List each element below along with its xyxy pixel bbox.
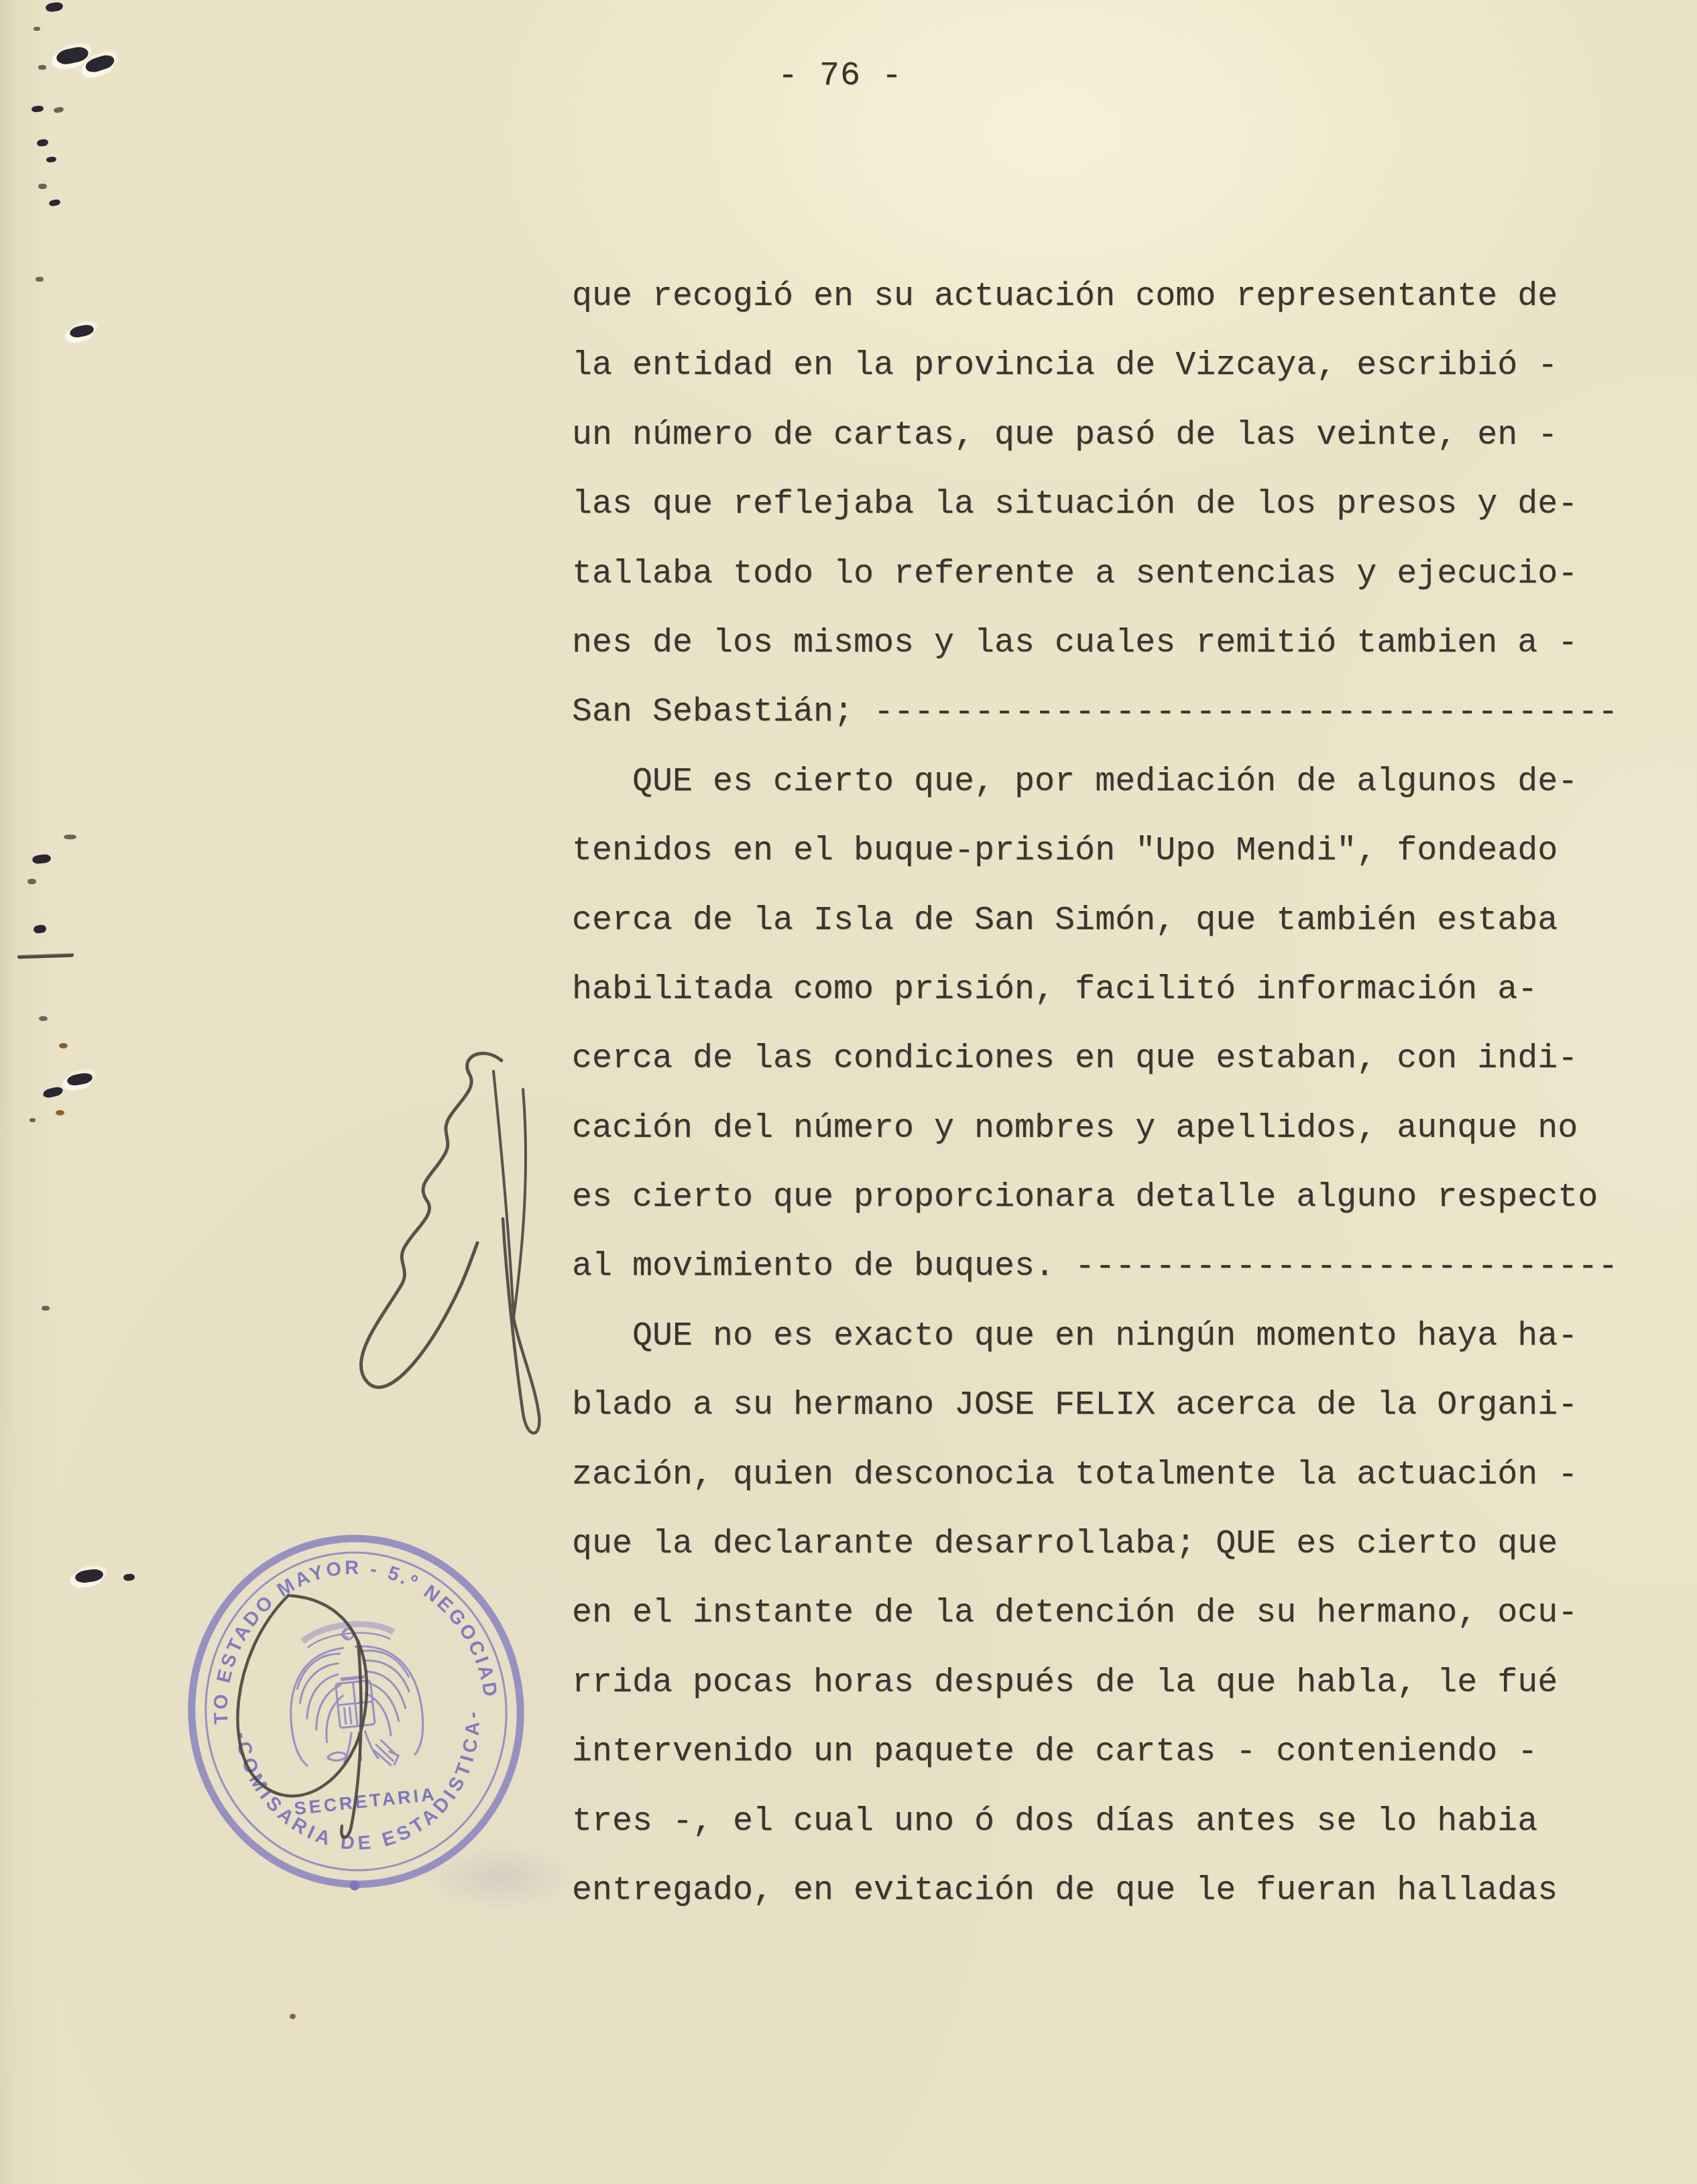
text-line: cación del número y nombres y apellidos,… xyxy=(572,1094,1645,1163)
stamp-secretaria-label: SECRETARIA xyxy=(293,1784,437,1819)
text-line: cerca de la Isla de San Simón, que tambi… xyxy=(572,886,1645,955)
text-line: intervenido un paquete de cartas - conte… xyxy=(572,1717,1645,1786)
text-line: al movimiento de buques. ---------------… xyxy=(572,1232,1645,1301)
paper-hole xyxy=(64,835,76,839)
text-line: es cierto que proporcionara detalle algu… xyxy=(572,1163,1645,1232)
paper-hole xyxy=(38,184,47,189)
paper-hole xyxy=(69,323,95,339)
text-line: la entidad en la provincia de Vizcaya, e… xyxy=(572,331,1645,400)
text-line: QUE no es exacto que en ningún momento h… xyxy=(572,1302,1645,1371)
paper-hole xyxy=(123,1573,135,1581)
paper-hole xyxy=(33,924,46,934)
text-line: cerca de las condiciones en que estaban,… xyxy=(572,1024,1645,1093)
text-line: habilitada como prisión, facilitó inform… xyxy=(572,955,1645,1024)
text-line: un número de cartas, que pasó de las vei… xyxy=(572,401,1645,470)
paper-hole xyxy=(32,854,51,865)
foxing-speck xyxy=(290,2014,296,2019)
paper-hole xyxy=(84,53,116,75)
paper-hole xyxy=(42,1306,50,1311)
stamp-outer-ring xyxy=(174,1522,537,1900)
text-line: que recogió en su actuación como represe… xyxy=(572,262,1645,331)
paper-hole xyxy=(55,45,90,66)
text-line: tenidos en el buque-prisión "Upo Mendi",… xyxy=(572,816,1645,886)
paper-hole xyxy=(48,199,60,207)
foxing-speck xyxy=(59,1043,68,1048)
text-line: en el instante de la detención de su her… xyxy=(572,1579,1645,1648)
paper-hole xyxy=(46,156,57,163)
text-line: tres -, el cual uno ó dos días antes se … xyxy=(572,1787,1645,1856)
stamp-ink-dot xyxy=(349,1880,360,1890)
text-line: entregado, en evitación de que le fueran… xyxy=(572,1856,1645,1925)
paper-hole xyxy=(42,1086,64,1099)
text-line: zación, quien desconocia totalmente la a… xyxy=(572,1441,1645,1510)
text-line: QUE es cierto que, por mediación de algu… xyxy=(572,747,1645,816)
eagle-emblem-icon xyxy=(282,1618,428,1775)
paper-hole xyxy=(32,105,44,113)
text-line: San Sebastián; -------------------------… xyxy=(572,678,1645,747)
text-line: tallaba todo lo referente a sentencias y… xyxy=(572,540,1645,609)
paper-hole xyxy=(45,1,64,12)
paper-hole xyxy=(27,879,36,884)
paper-hole xyxy=(36,277,44,282)
paper-hole xyxy=(39,1016,48,1021)
text-line: rrida pocas horas después de la que habl… xyxy=(572,1648,1645,1717)
paper-hole xyxy=(36,139,48,147)
foxing-speck xyxy=(56,1110,64,1115)
stamp-arc-top-text: ALTO ESTADO MAYOR - 5.º NEGOCIADO- xyxy=(171,1518,501,1734)
text-line: blado a su hermano JOSE FELIX acerca de … xyxy=(572,1371,1645,1440)
page-number: - 76 - xyxy=(778,56,902,97)
paper-hole xyxy=(66,1072,93,1087)
text-line: las que reflejaba la situación de los pr… xyxy=(572,470,1645,539)
paper-hole xyxy=(30,1118,36,1122)
stamp-inner-ring xyxy=(190,1538,522,1885)
typewritten-text-block: que recogió en su actuación como represe… xyxy=(572,262,1645,1925)
text-line: que la declarante desarrollaba; QUE es c… xyxy=(572,1510,1645,1579)
paper-tear xyxy=(17,953,74,959)
scanned-document-page: - 76 - que recogió en su actuación como … xyxy=(0,0,1697,2184)
rubber-stamp: ALTO ESTADO MAYOR - 5.º NEGOCIADO- -COMI… xyxy=(171,1518,546,1907)
paper-hole xyxy=(53,107,64,113)
paper-hole xyxy=(34,27,40,31)
paper-hole xyxy=(38,65,46,70)
paper-hole xyxy=(74,1568,104,1584)
text-line: nes de los mismos y las cuales remitió t… xyxy=(572,609,1645,678)
stamp-arc-bottom-text: -COMISARIA DE ESTADISTICA- xyxy=(231,1706,497,1867)
